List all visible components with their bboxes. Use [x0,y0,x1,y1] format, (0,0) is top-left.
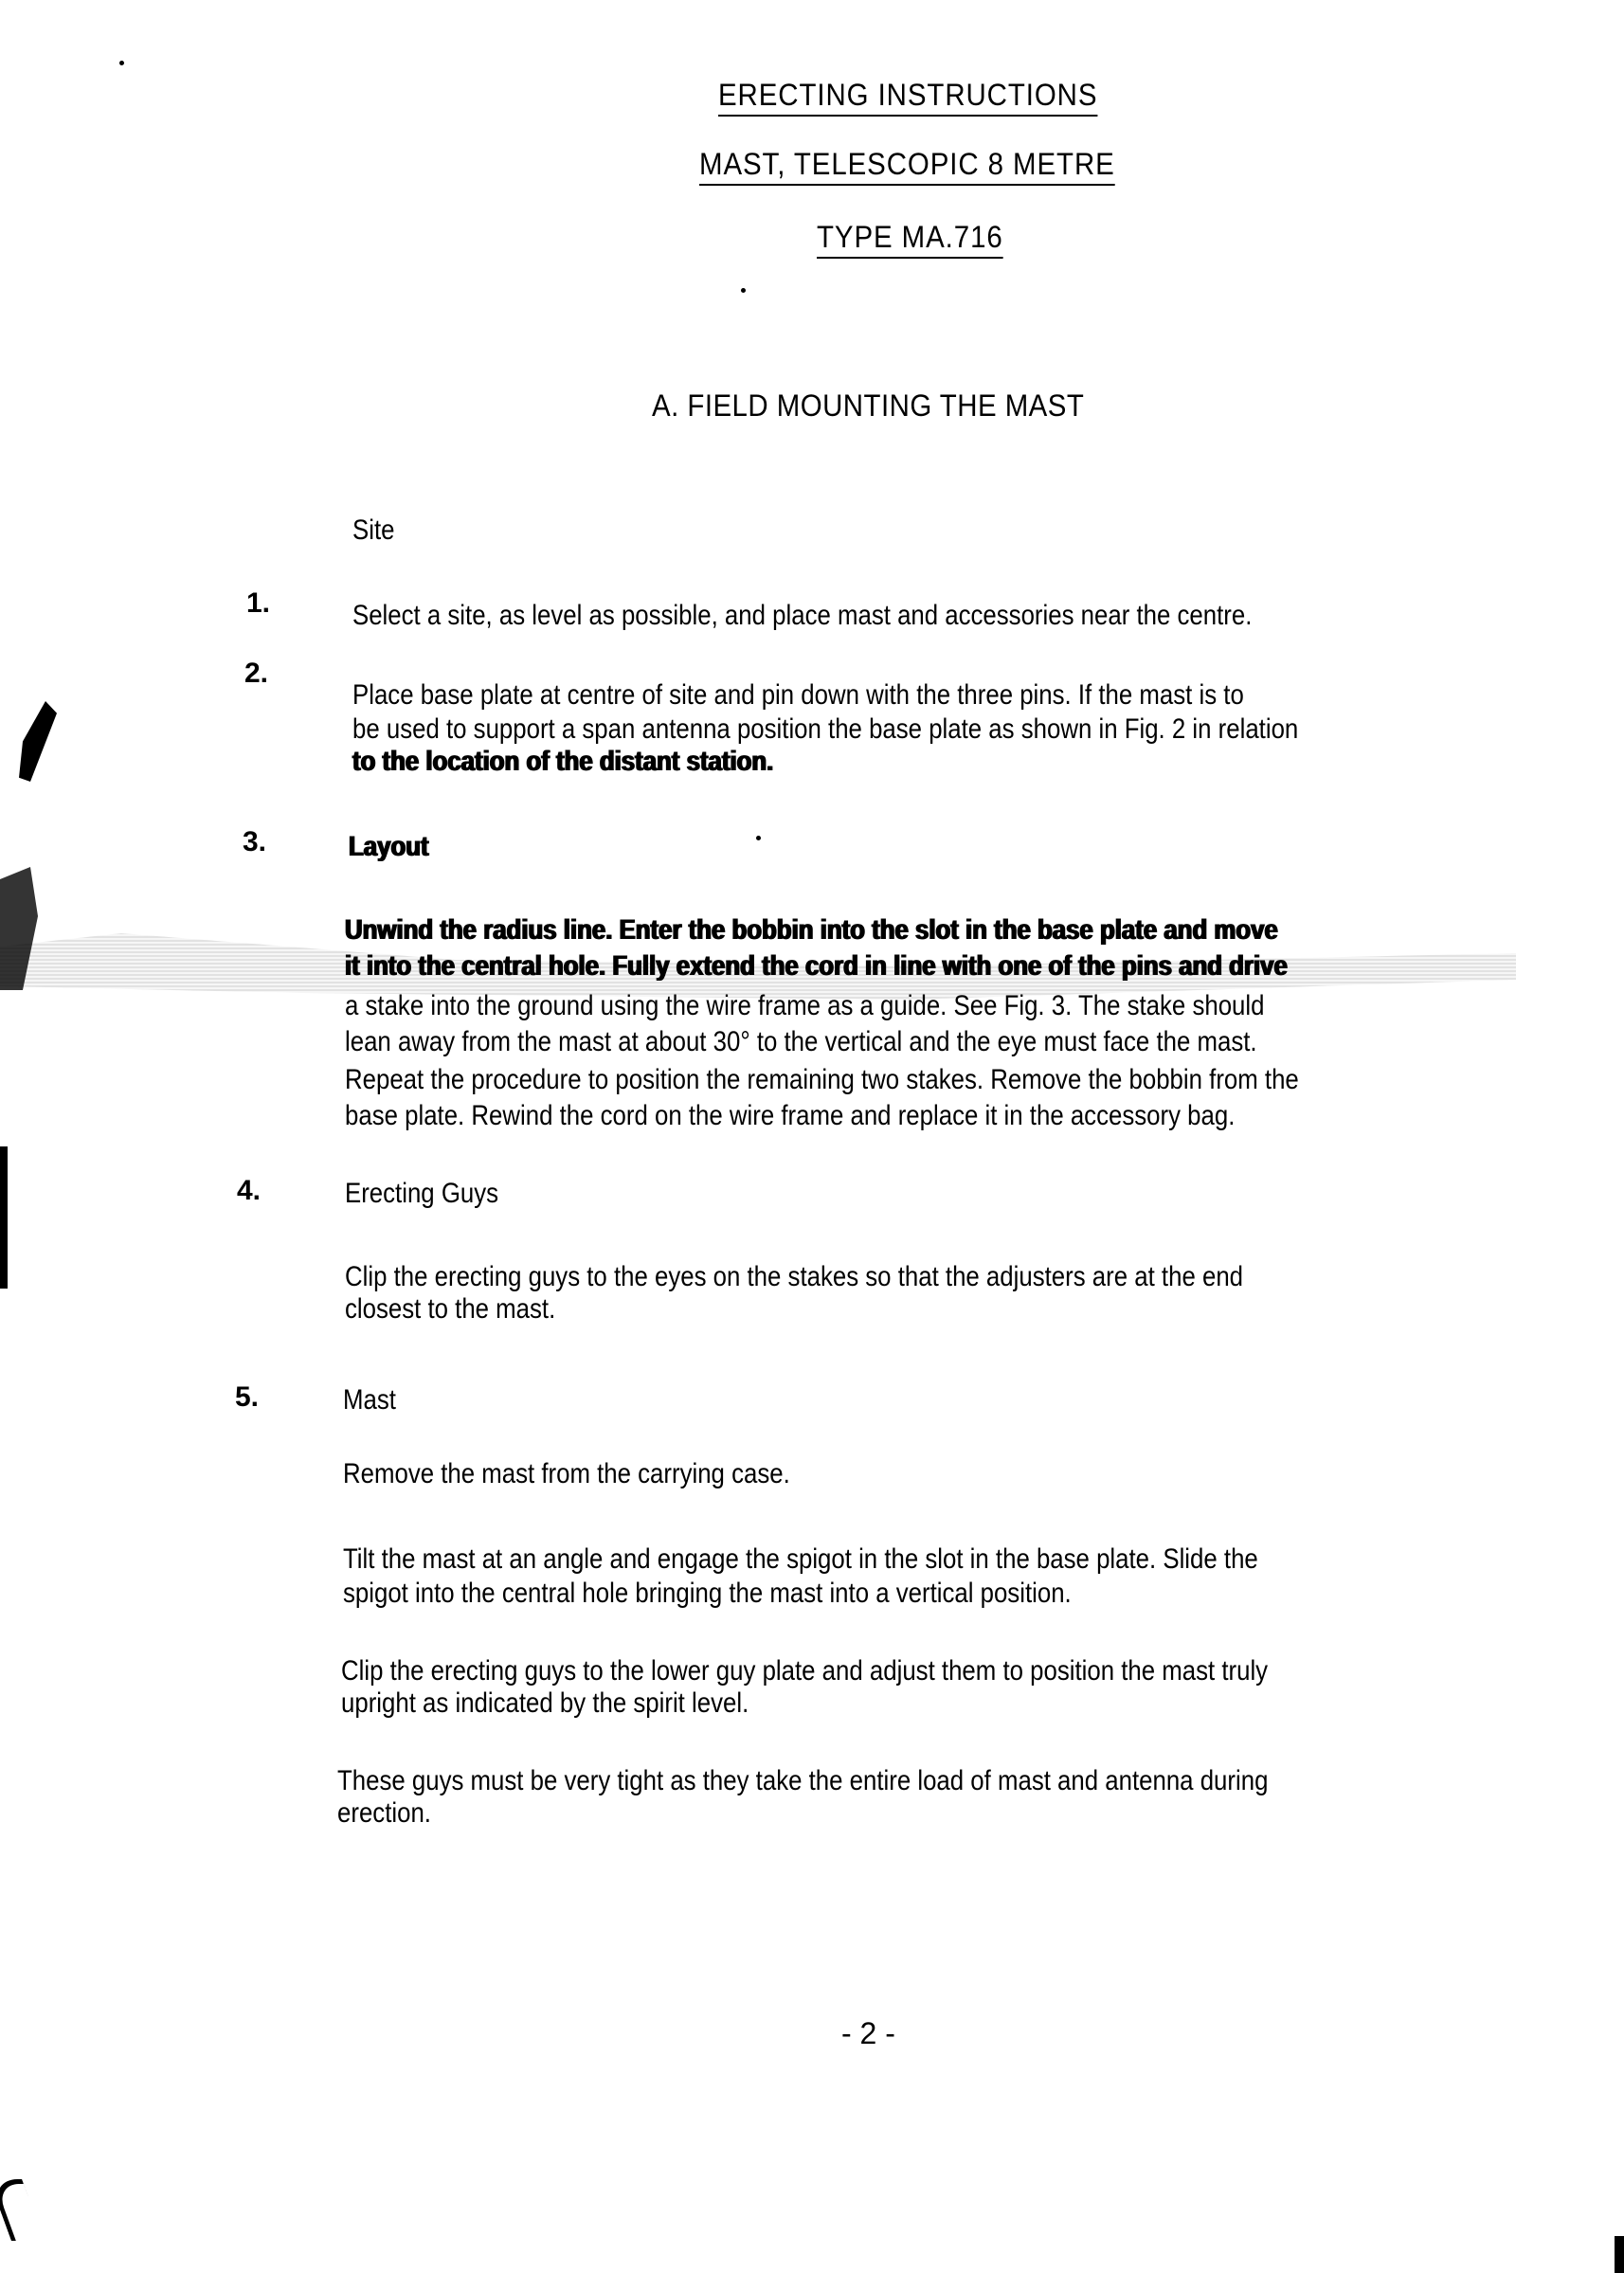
item-3-text-line: Repeat the procedure to position the rem… [345,1063,1299,1097]
scan-dot [741,288,746,293]
scan-curve-mark [0,2179,45,2241]
item-number: 4. [237,1175,261,1207]
item-5-paragraph-3-line: Clip the erecting guys to the lower guy … [341,1654,1268,1688]
item-3-heading: Layout [349,830,429,864]
item-5-paragraph-2-line: spigot into the central hole bringing th… [343,1577,1072,1611]
item-number: 1. [246,587,270,620]
document-subtitle: MAST, TELESCOPIC 8 METRE [699,147,1115,182]
document-title: ERECTING INSTRUCTIONS [718,78,1097,113]
scan-mark [19,701,57,782]
item-2-text-line: Place base plate at centre of site and p… [352,678,1244,713]
item-number: 2. [244,658,268,690]
page-number: - 2 - [841,2016,895,2051]
item-3-text-line: lean away from the mast at about 30° to … [345,1025,1257,1059]
scan-smudge-left [0,867,38,990]
item-4-text-line: Clip the erecting guys to the eyes on th… [345,1260,1243,1294]
item-5-heading: Mast [343,1383,396,1417]
scan-edge-mark-right [1615,2236,1624,2273]
item-1-text: Select a site, as level as possible, and… [352,599,1252,633]
scan-dot [119,61,124,65]
item-5-paragraph-4-line: These guys must be very tight as they ta… [337,1764,1268,1798]
scan-dot [756,836,761,840]
item-5-paragraph-3-line: upright as indicated by the spirit level… [341,1687,749,1721]
subheading-site: Site [352,514,394,548]
item-4-heading: Erecting Guys [345,1177,498,1211]
item-2-text-line: to the location of the distant station. [352,745,773,779]
section-heading: A. FIELD MOUNTING THE MAST [652,388,1084,424]
item-number: 3. [243,826,266,858]
item-3-text-line: a stake into the ground using the wire f… [345,989,1264,1023]
item-number: 5. [235,1381,259,1414]
item-3-text-line: base plate. Rewind the cord on the wire … [345,1099,1235,1133]
item-3-text-line: it into the central hole. Fully extend t… [345,949,1288,983]
item-5-paragraph-4-line: erection. [337,1796,431,1831]
document-page: ERECTING INSTRUCTIONS MAST, TELESCOPIC 8… [0,0,1624,2273]
scan-edge-mark [0,1146,8,1289]
item-3-text-line: Unwind the radius line. Enter the bobbin… [345,913,1278,947]
document-type: TYPE MA.716 [817,220,1003,255]
item-4-text-line: closest to the mast. [345,1292,555,1326]
item-2-text-line: be used to support a span antenna positi… [352,713,1298,747]
item-5-paragraph-1: Remove the mast from the carrying case. [343,1457,790,1491]
item-5-paragraph-2-line: Tilt the mast at an angle and engage the… [343,1542,1258,1577]
